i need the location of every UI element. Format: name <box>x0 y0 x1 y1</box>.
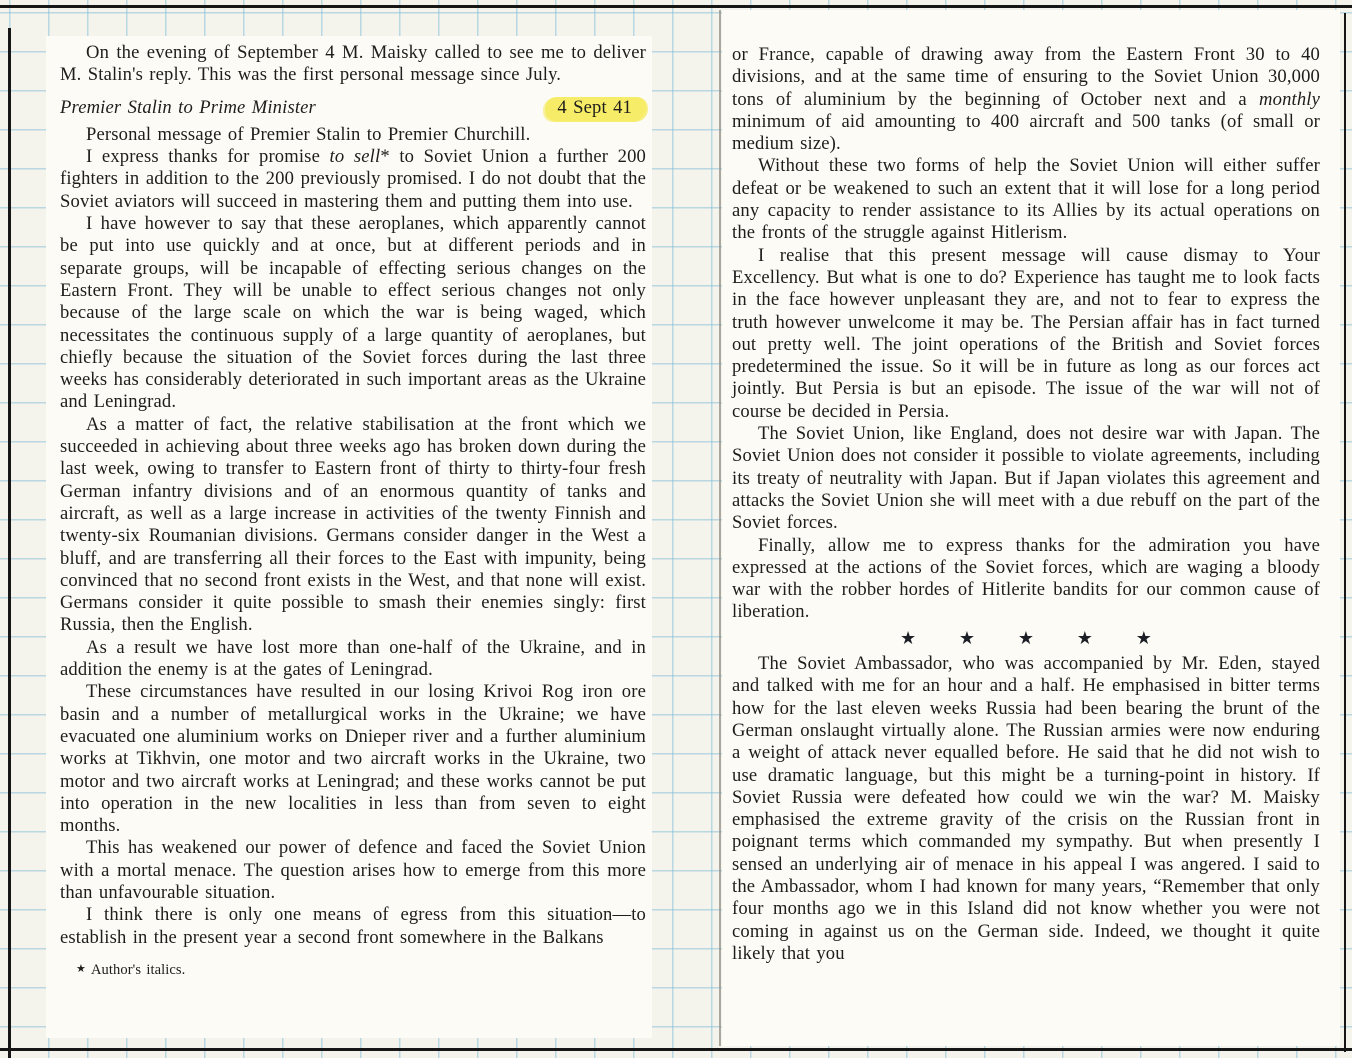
section-divider-stars: ★ ★ ★ ★ ★ <box>732 627 1320 649</box>
paragraph-egress: I think there is only one means of egres… <box>60 904 646 949</box>
left-column: On the evening of September 4 M. Maisky … <box>60 42 646 981</box>
paragraph-finally: Finally, allow me to express thanks for … <box>732 535 1320 624</box>
footnote: ★Author's italics. <box>60 958 646 981</box>
scan-border-left <box>8 28 11 1058</box>
paragraph-stabilisation: As a matter of fact, the relative stabil… <box>60 414 646 637</box>
scan-border-top <box>0 5 1352 8</box>
paragraph-continuation: or France, capable of drawing away from … <box>732 44 1320 155</box>
highlighted-date: 4 Sept 41 <box>545 97 646 121</box>
paragraph-thanks: I express thanks for promise to sell* to… <box>60 146 646 213</box>
scan-border-right <box>1344 13 1346 1052</box>
message-heading: Premier Stalin to Prime Minister <box>60 97 316 119</box>
text-run: or France, capable of drawing away from … <box>732 44 1320 110</box>
italic-text-run: to sell <box>330 146 381 167</box>
italic-text-run: monthly <box>1259 89 1320 110</box>
text-run: minimum of aid amounting to 400 aircraft… <box>732 111 1320 154</box>
text-run: I express thanks for promise <box>86 146 330 167</box>
footnote-star-icon: ★ <box>76 963 86 975</box>
message-heading-row: Premier Stalin to Prime Minister 4 Sept … <box>60 97 646 121</box>
paragraph-japan: The Soviet Union, like England, does not… <box>732 423 1320 534</box>
paragraph-circumstances: These circumstances have resulted in our… <box>60 681 646 837</box>
paragraph-without-help: Without these two forms of help the Sovi… <box>732 155 1320 244</box>
paragraph-salutation: Personal message of Premier Stalin to Pr… <box>60 124 646 146</box>
scan-border-bottom <box>0 1048 1352 1051</box>
paragraph-ambassador: The Soviet Ambassador, who was accompani… <box>732 653 1320 965</box>
paragraph-realise: I realise that this present message will… <box>732 245 1320 423</box>
page-edge-line <box>719 10 721 1046</box>
footnote-text: Author's italics. <box>91 962 185 978</box>
right-column: or France, capable of drawing away from … <box>732 44 1320 965</box>
paragraph-aeroplanes: I have however to say that these aeropla… <box>60 213 646 414</box>
scanned-book-page: On the evening of September 4 M. Maisky … <box>0 0 1352 1058</box>
paragraph-weakened: This has weakened our power of defence a… <box>60 837 646 904</box>
paragraph-intro: On the evening of September 4 M. Maisky … <box>60 42 646 87</box>
paragraph-result: As a result we have lost more than one-h… <box>60 637 646 682</box>
